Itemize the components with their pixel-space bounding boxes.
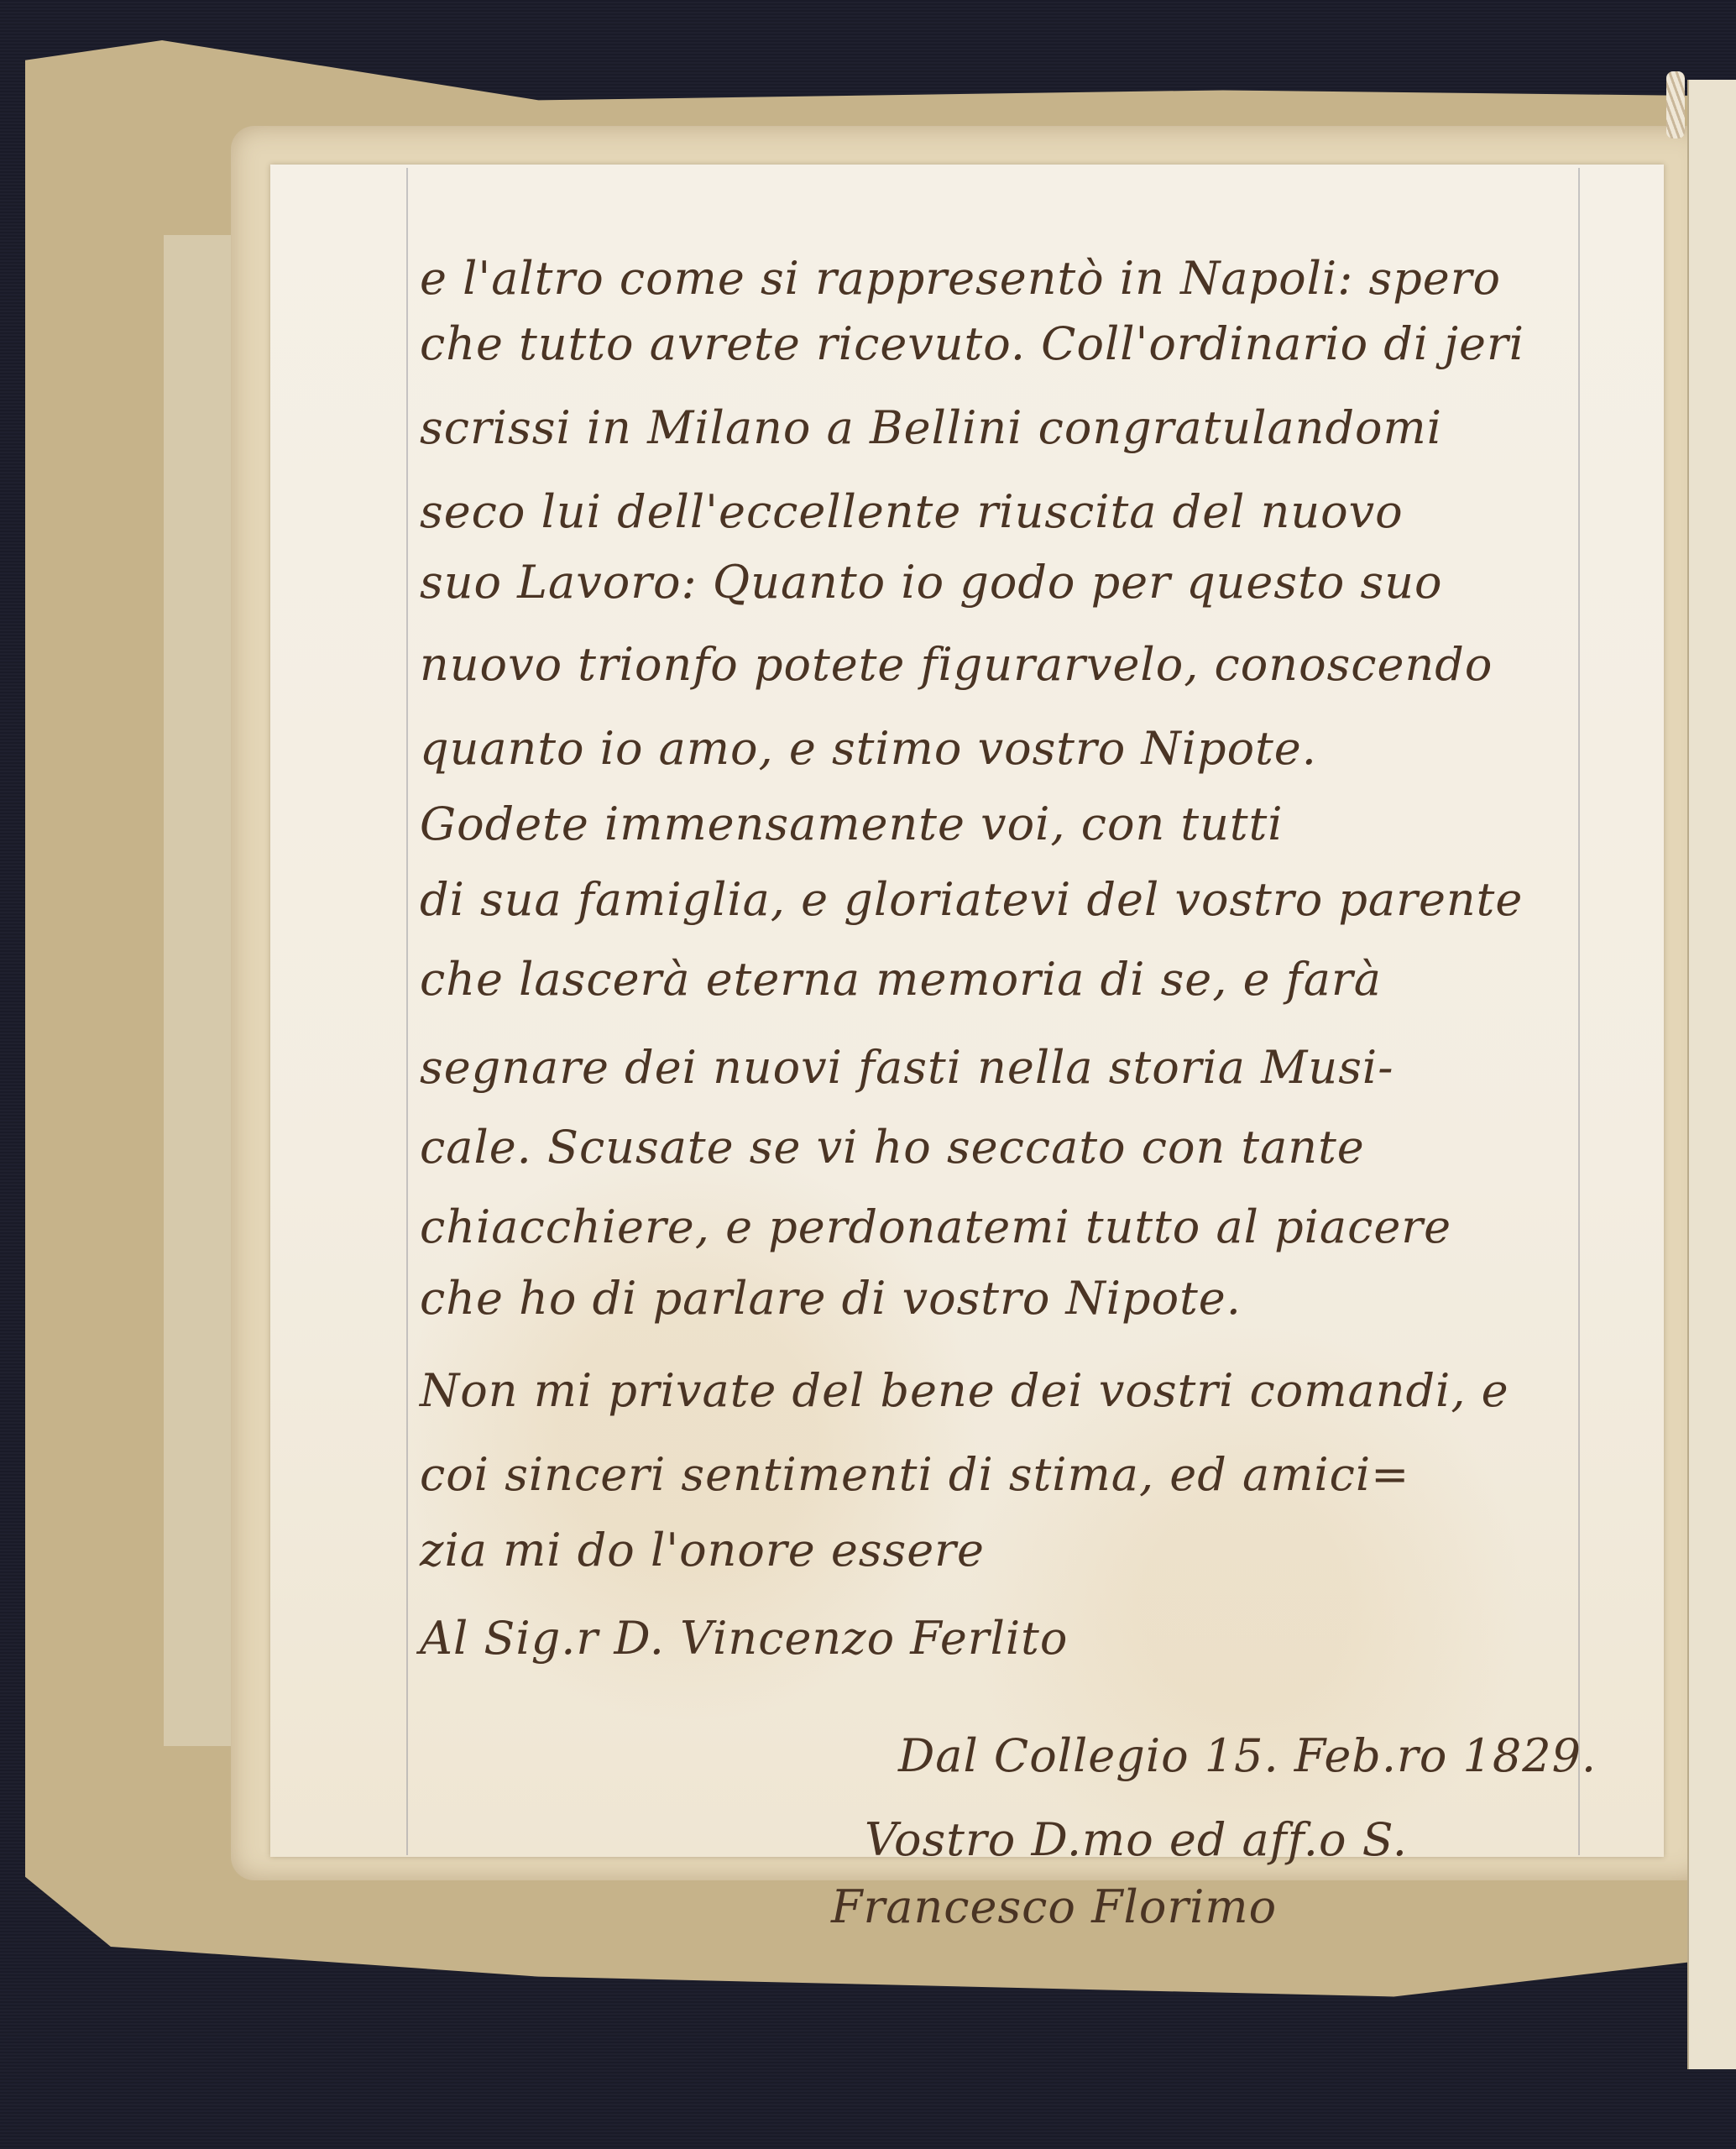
letter-line: cale. Scusate se vi ho seccato con tante (420, 1121, 1365, 1174)
letter-line: che ho di parlare di vostro Nipote. (420, 1272, 1242, 1325)
letter-line: chiacchiere, e perdonatemi tutto al piac… (420, 1200, 1451, 1253)
letter-line: segnare dei nuovi fasti nella storia Mus… (420, 1041, 1394, 1094)
letter-line: Non mi private del bene dei vostri coman… (420, 1364, 1509, 1417)
letter-line: seco lui dell'eccellente riuscita del nu… (420, 485, 1404, 538)
letter-line: nuovo trionfo potete figurarvelo, conosc… (420, 638, 1493, 691)
closing: Vostro D.mo ed aff.o S. (865, 1813, 1408, 1866)
letter-line: coi sinceri sentimenti di stima, ed amic… (420, 1448, 1409, 1501)
letter-line: scrissi in Milano a Bellini congratuland… (420, 401, 1442, 454)
letter-line: zia mi do l'onore essere (420, 1524, 985, 1576)
addressee: Al Sig.r D. Vincenzo Ferlito (420, 1612, 1068, 1665)
letter-line: quanto io amo, e stimo vostro Nipote. (420, 722, 1317, 775)
letter-line: Godete immensamente voi, con tutti (420, 797, 1284, 850)
letter-text: e l'altro come si rappresentò in Napoli:… (0, 0, 1736, 2149)
letter-line: di sua famiglia, e gloriatevi del vostro… (420, 873, 1523, 926)
letter-line: che lascerà eterna memoria di se, e farà (420, 953, 1382, 1006)
letter-line: che tutto avrete ricevuto. Coll'ordinari… (420, 317, 1524, 370)
letter-line: e l'altro come si rappresentò in Napoli:… (420, 252, 1501, 305)
dateline: Dal Collegio 15. Feb.ro 1829. (898, 1729, 1597, 1782)
letter-line: suo Lavoro: Quanto io godo per questo su… (420, 556, 1442, 609)
signature: Francesco Florimo (831, 1880, 1277, 1933)
